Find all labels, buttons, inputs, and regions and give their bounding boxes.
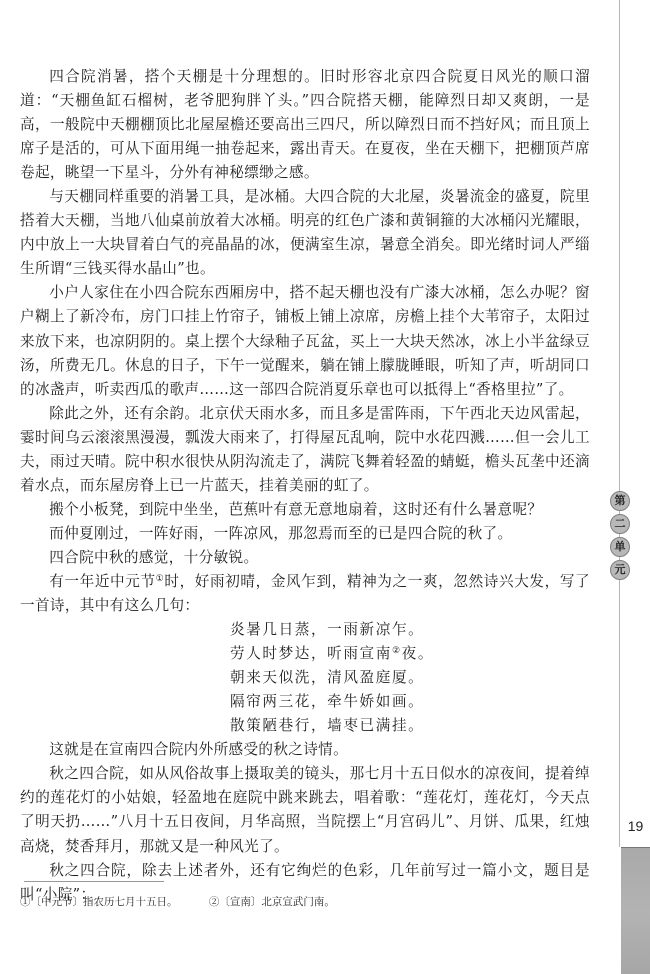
unit-tab-char: 第 [610,491,630,511]
footnote-ref-2[interactable]: ② [392,646,402,656]
margin-rule [619,0,620,847]
poem-line: 散策陋巷行，墙枣已满挂。 [230,714,590,738]
unit-tab-char: 单 [610,537,630,557]
footnote-1: ①〔中元节〕指农历七月十五日。 [20,896,178,908]
paragraph: 四合院中秋的感觉，十分敏锐。 [20,546,590,570]
text: 有一年近中元节 [49,573,155,590]
paragraph: 搬个小板凳，到院中坐坐，芭蕉叶有意无意地扇着，这时还有什么暑意呢？ [20,498,590,522]
unit-tab: 第 二 单 元 [610,491,630,580]
poem-line: 隔帘两三花，牵牛娇如画。 [230,690,590,714]
text: 夜。 [402,645,434,662]
paragraph-with-note: 有一年近中元节①时，好雨初晴，金风乍到，精神为之一爽，忽然诗兴大发，写了一首诗，… [20,570,590,618]
paragraph: 除此之外，还有余韵。北京伏天雨水多，而且多是雷阵雨，下午西北天边风雷起，霎时间乌… [20,402,590,498]
poem-line: 劳人时梦达，听雨宣南②夜。 [230,642,590,666]
unit-tab-char: 二 [610,514,630,534]
poem: 炎暑几日蒸，一雨新凉乍。 劳人时梦达，听雨宣南②夜。 朝来天似洗，清风盈庭厦。 … [20,618,590,738]
paragraph: 秋之四合院，如从风俗故事上摄取美的镜头，那七月十五日似水的凉夜间，提着绰约的莲花… [20,762,590,858]
footnotes: ①〔中元节〕指农历七月十五日。 ②〔宣南〕北京宣武门南。 [20,894,363,910]
text: 劳人时梦达，听雨宣南 [230,645,392,662]
unit-tab-char: 元 [610,560,630,580]
page-body: 四合院消暑，搭个天棚是十分理想的。旧时形容北京四合院夏日风光的顺口溜道：“天棚鱼… [20,65,590,907]
paragraph: 四合院消暑，搭个天棚是十分理想的。旧时形容北京四合院夏日风光的顺口溜道：“天棚鱼… [20,65,590,185]
paragraph: 小户人家住在小四合院东西厢房中，搭不起天棚也没有广漆大冰桶，怎么办呢？窗户糊上了… [20,281,590,401]
poem-line: 朝来天似洗，清风盈庭厦。 [230,666,590,690]
poem-line: 炎暑几日蒸，一雨新凉乍。 [230,618,590,642]
footnote-2: ②〔宣南〕北京宣武门南。 [209,896,335,908]
footnote-divider [24,881,164,882]
paragraph: 而仲夏刚过，一阵好雨，一阵凉风，那忽焉而至的已是四合院的秋了。 [20,522,590,546]
page-edge-tab [621,847,650,974]
paragraph: 这就是在宣南四合院内外所感受的秋之诗情。 [20,738,590,762]
paragraph: 与天棚同样重要的消暑工具，是冰桶。大四合院的大北屋，炎暑流金的盛夏，院里搭着大天… [20,185,590,281]
page-number: 19 [621,818,650,834]
